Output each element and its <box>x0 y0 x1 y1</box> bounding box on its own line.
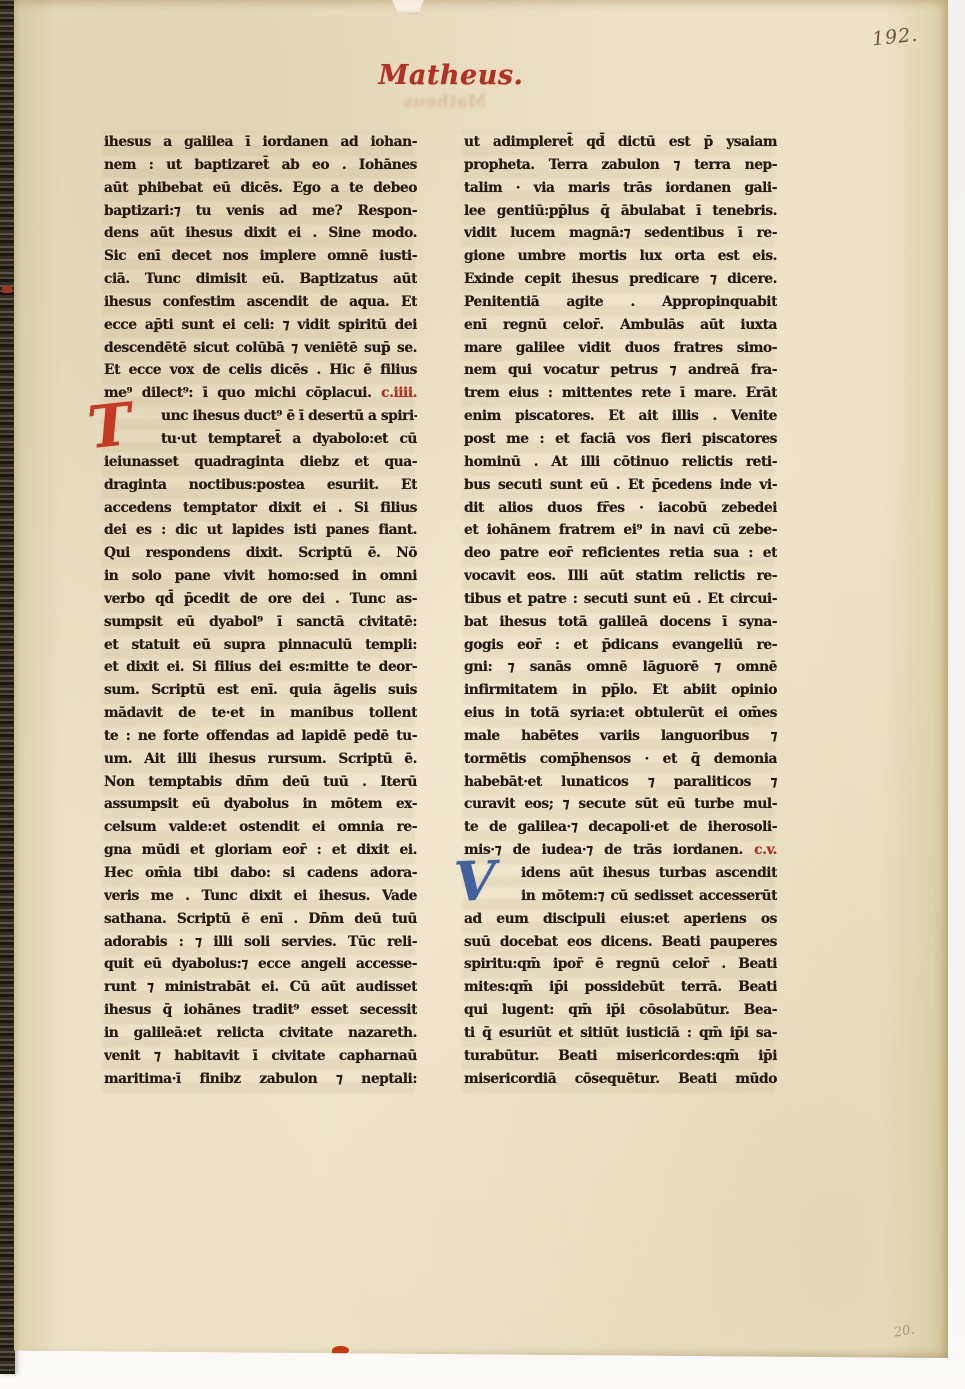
corner-pencil-mark: 20. <box>893 1322 916 1340</box>
text-line: bat ihesus totā galileā docens ī syna- <box>464 611 777 634</box>
text-line: et iohānem fratrem ei⁹ in navi cū zebe- <box>464 519 777 542</box>
text-line: eius in totā syria:et obtulerūt ei om̄es <box>464 702 777 725</box>
text-line: mādavit de te·et in manibus tollent <box>104 702 417 725</box>
text-line: sum. Scriptū est enī. quia āgelis suis <box>104 679 417 702</box>
text-column-left: ihesus a galilea ī iordanen ad iohan-nem… <box>104 131 417 1090</box>
text-line: te de galilea·⁊ decapoli·et de iherosoli… <box>464 816 777 839</box>
scanned-manuscript: { "page": { "title": "Matheus.", "showth… <box>0 0 965 1389</box>
text-line: ad eum discipuli eius:et aperiens os <box>464 908 777 931</box>
text-line: mites:qm̄ ip̄i possidebūt terrā. Beati <box>464 976 777 999</box>
text-line: maritima·ī finibz zabulon ⁊ neptali: <box>104 1068 417 1091</box>
text-line: gogis eor̄ : et p̄dicans evangeliū re- <box>464 634 777 657</box>
text-line: et dixit ei. Si filius dei es:mitte te d… <box>104 656 417 679</box>
text-line: tu·ut temptaret̄ a dyabolo:et cū <box>104 428 417 451</box>
red-ink-speck <box>332 1345 350 1356</box>
text-line: habebāt·et lunaticos ⁊ paraliticos ⁊ <box>464 771 777 794</box>
text-line: baptizari:⁊ tu venis ad me? Respon- <box>104 200 417 223</box>
text-line: unc ihesus duct⁹ ē ī desertū a spiri- <box>104 405 417 428</box>
text-line: misericordiā cōsequētur. Beati mūdo <box>464 1068 777 1091</box>
text-line: mare galilee vidit duos fratres simo- <box>464 337 777 360</box>
text-line: hominū . At illi cōtinuo relictis reti- <box>464 451 777 474</box>
text-line: dit alios duos fr̄es · iacobū zebedei <box>464 497 777 520</box>
text-line: suū docebat eos dicens. Beati pauperes <box>464 931 777 954</box>
text-line: male habētes variis languoribus ⁊ <box>464 725 777 748</box>
text-line: gione umbre mortis lux orta est eis. <box>464 245 777 268</box>
header-showthrough: Matheus <box>370 92 520 112</box>
text-line: sumpsit eū dyabol⁹ ī sanctā civitatē: <box>104 611 417 634</box>
text-line: in solo pane vivit homo:sed in omni <box>104 565 417 588</box>
text-line: adorabis : ⁊ illi soli servies. Tūc reli… <box>104 931 417 954</box>
text-line: runt ⁊ ministrabāt ei. Cū aūt audisset <box>104 976 417 999</box>
text-line: nem qui vocatur petrus ⁊ andreā fra- <box>464 359 777 382</box>
text-line: gni: ⁊ sanās omnē lāguorē ⁊ omnē <box>464 656 777 679</box>
folio-number: 192. <box>871 24 919 51</box>
text-line: sathana. Scriptū ē enī . Dn̄m deū tuū <box>104 908 417 931</box>
text-line: tormētis comp̄hensos · et q̄ demonia <box>464 748 777 771</box>
text-line: verbo qd̄ p̄cedit de ore dei . Tunc as- <box>104 588 417 611</box>
text-line: Et ecce vox de celis dicēs . Hic ē filiu… <box>104 359 417 382</box>
red-fleck <box>2 286 12 293</box>
text-line: bus secuti sunt eū . Et p̄cedens inde vi… <box>464 474 777 497</box>
text-line: ciā. Tunc dimisit eū. Baptizatus aūt <box>104 268 417 291</box>
text-line: idens aūt ihesus turbas ascendit <box>464 862 777 885</box>
text-line: ihesus a galilea ī iordanen ad iohan- <box>104 131 417 154</box>
text-line: talim · via maris trās iordanen gali- <box>464 177 777 200</box>
text-line: Non temptabis dn̄m deū tuū . Iterū <box>104 771 417 794</box>
text-line: in galileā:et relicta civitate nazareth. <box>104 1022 417 1045</box>
text-line: enim piscatores. Et ait illis . Venite <box>464 405 777 428</box>
text-line: Qui respondens dixit. Scriptū ē. Nō <box>104 542 417 565</box>
text-line: celsum valde:et ostendit ei omnia re- <box>104 816 417 839</box>
text-line: Hec om̄ia tibi dabo: si cadens adora- <box>104 862 417 885</box>
manuscript-page: Matheus Matheus. 192. ihesus a galilea ī… <box>14 0 948 1358</box>
text-line: curavit eos; ⁊ secute sūt eū turbe mul- <box>464 793 777 816</box>
text-line: infirmitatem in pp̄lo. Et abiit opinio <box>464 679 777 702</box>
text-line: ut adimpleret̄ qd̄ dictū est p̄ ysaiam <box>464 131 777 154</box>
text-line: aūt phibebat eū dicēs. Ego a te debeo <box>104 177 417 200</box>
text-line: Penitentiā agite . Appropinquabit <box>464 291 777 314</box>
text-line: Exinde cepit ihesus predicare ⁊ dicere. <box>464 268 777 291</box>
adjacent-pages-fore-edge <box>0 0 15 1374</box>
text-line: mis·⁊ de iudea·⁊ de trās iordanen. c.v. <box>464 839 777 862</box>
text-line: tibus et patre : secuti sunt eū . Et cir… <box>464 588 777 611</box>
text-line: enī regnū celor̄. Ambulās aūt iuxta <box>464 314 777 337</box>
text-line: lee gentiū:pp̄lus q̄ ābulabat ī tenebris… <box>464 200 777 223</box>
text-line: ihesus q̄ iohānes tradit⁹ esset secessit <box>104 999 417 1022</box>
running-header: Matheus. <box>366 60 536 91</box>
text-line: vocavit eos. Illi aūt statim relictis re… <box>464 565 777 588</box>
text-line: gna mūdi et gloriam eor̄ : et dixit ei. <box>104 839 417 862</box>
text-line: qui lugent: qm̄ ip̄i cōsolabūtur. Bea- <box>464 999 777 1022</box>
text-line: ihesus confestim ascendit de aqua. Et <box>104 291 417 314</box>
chapter-mark: c.iiii. <box>371 385 417 401</box>
text-line: descendētē sicut colūbā ⁊ veniētē sup̄ s… <box>104 337 417 360</box>
text-line: ecce ap̄ti sunt ei celi: ⁊ vidit spiritū… <box>104 314 417 337</box>
top-edge-notch <box>390 0 426 15</box>
text-line: accedens temptator dixit ei . Si filius <box>104 497 417 520</box>
text-line: te : ne forte offendas ad lapidē pedē tu… <box>104 725 417 748</box>
text-line: ti q̄ esuriūt et sitiūt iusticiā : qm̄ i… <box>464 1022 777 1045</box>
text-line: um. Ait illi ihesus rursum. Scriptū ē. <box>104 748 417 771</box>
text-line: in mōtem:⁊ cū sedisset accesserūt <box>464 885 777 908</box>
text-line: dei es : dic ut lapides isti panes fiant… <box>104 519 417 542</box>
text-line: assumpsit eū dyabolus in mōtem ex- <box>104 793 417 816</box>
text-line: et statuit eū supra pinnaculū templi: <box>104 634 417 657</box>
text-line: trem eius : mittentes rete ī mare. Erāt <box>464 382 777 405</box>
text-line: ieiunasset quadraginta diebz et qua- <box>104 451 417 474</box>
text-column-right: ut adimpleret̄ qd̄ dictū est p̄ ysaiampr… <box>464 131 777 1090</box>
text-line: veris me . Tunc dixit ei ihesus. Vade <box>104 885 417 908</box>
text-line: vidit lucem magnā:⁊ sedentibus ī re- <box>464 222 777 245</box>
text-line: post me : et faciā vos fieri piscatores <box>464 428 777 451</box>
text-line: draginta noctibus:postea esuriit. Et <box>104 474 417 497</box>
text-line: venit ⁊ habitavit ī civitate capharnaū <box>104 1045 417 1068</box>
chapter-mark: c.v. <box>743 842 777 858</box>
text-line: deo patre eor̄ reficientes retia sua : e… <box>464 542 777 565</box>
text-line: quit eū dyabolus:⁊ ecce angeli accesse- <box>104 953 417 976</box>
text-line: nem : ut baptizaret̄ ab eo . Iohānes <box>104 154 417 177</box>
text-line: Sic enī decet nos implere omnē iusti- <box>104 245 417 268</box>
text-line: me⁹ dilect⁹: ī quo michi cōplacui. c.iii… <box>104 382 417 405</box>
text-line: propheta. Terra zabulon ⁊ terra nep- <box>464 154 777 177</box>
text-line: dens aūt ihesus dixit ei . Sine modo. <box>104 222 417 245</box>
text-line: spiritu:qm̄ ipor̄ ē regnū celor̄ . Beati <box>464 953 777 976</box>
text-line: turabūtur. Beati misericordes:qm̄ ip̄i <box>464 1045 777 1068</box>
